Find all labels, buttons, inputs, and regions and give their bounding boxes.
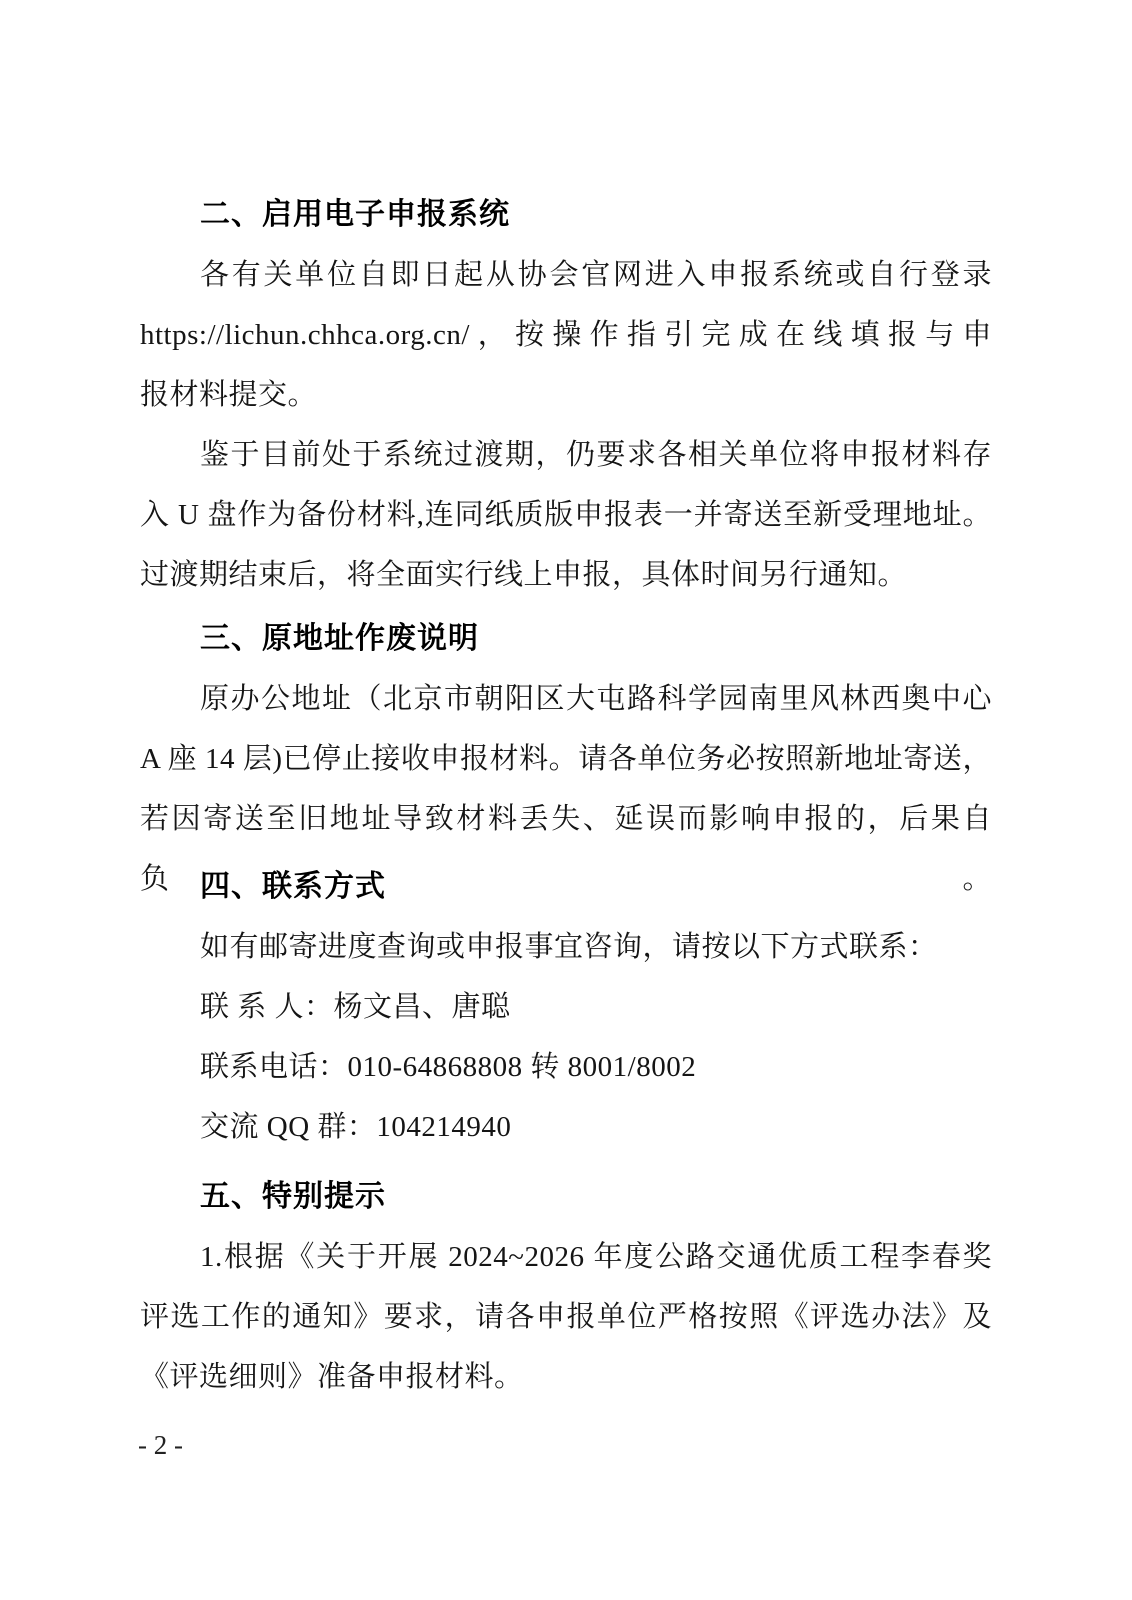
paragraph-line: A 座 14 层)已停止接收申报材料。请各单位务必按照新地址寄送，	[140, 729, 992, 789]
paragraph-line: 1.根据《关于开展 2024~2026 年度公路交通优质工程李春奖	[140, 1227, 992, 1287]
paragraph-line: 各有关单位自即日起从协会官网进入申报系统或自行登录	[140, 245, 992, 305]
document-content: 二、启用电子申报系统 各有关单位自即日起从协会官网进入申报系统或自行登录 htt…	[140, 185, 992, 1407]
paragraph-line: 《评选细则》准备申报材料。	[140, 1347, 992, 1407]
paragraph-line: 报材料提交。	[140, 365, 992, 425]
paragraph-line: 原办公地址（北京市朝阳区大屯路科学园南里风林西奥中心	[140, 669, 992, 729]
contact-person-line: 联 系 人：杨文昌、唐聪	[140, 977, 992, 1037]
section-heading-special-notice: 五、特别提示	[140, 1167, 992, 1227]
paragraph-line: 入 U 盘作为备份材料,连同纸质版申报表一并寄送至新受理地址。	[140, 485, 992, 545]
paragraph-line-url: https://lichun.chhca.org.cn/，按操作指引完成在线填报…	[140, 305, 992, 365]
paragraph-line: 鉴于目前处于系统过渡期，仍要求各相关单位将申报材料存	[140, 425, 992, 485]
paragraph-line: 评选工作的通知》要求，请各申报单位严格按照《评选办法》及	[140, 1287, 992, 1347]
contact-intro-line: 如有邮寄进度查询或申报事宜咨询，请按以下方式联系：	[140, 917, 992, 977]
section-heading-electronic-system: 二、启用电子申报系统	[140, 185, 992, 245]
paragraph-line: 过渡期结束后，将全面实行线上申报，具体时间另行通知。	[140, 545, 992, 605]
contact-qq-line: 交流 QQ 群：104214940	[140, 1097, 992, 1157]
page-number: - 2 -	[138, 1425, 183, 1465]
document-page: 二、启用电子申报系统 各有关单位自即日起从协会官网进入申报系统或自行登录 htt…	[0, 0, 1132, 1600]
paragraph-line: 若因寄送至旧地址导致材料丢失、延误而影响申报的，后果自负。	[140, 789, 992, 849]
contact-phone-line: 联系电话：010-64868808 转 8001/8002	[140, 1037, 992, 1097]
section-heading-old-address: 三、原地址作废说明	[140, 609, 992, 669]
